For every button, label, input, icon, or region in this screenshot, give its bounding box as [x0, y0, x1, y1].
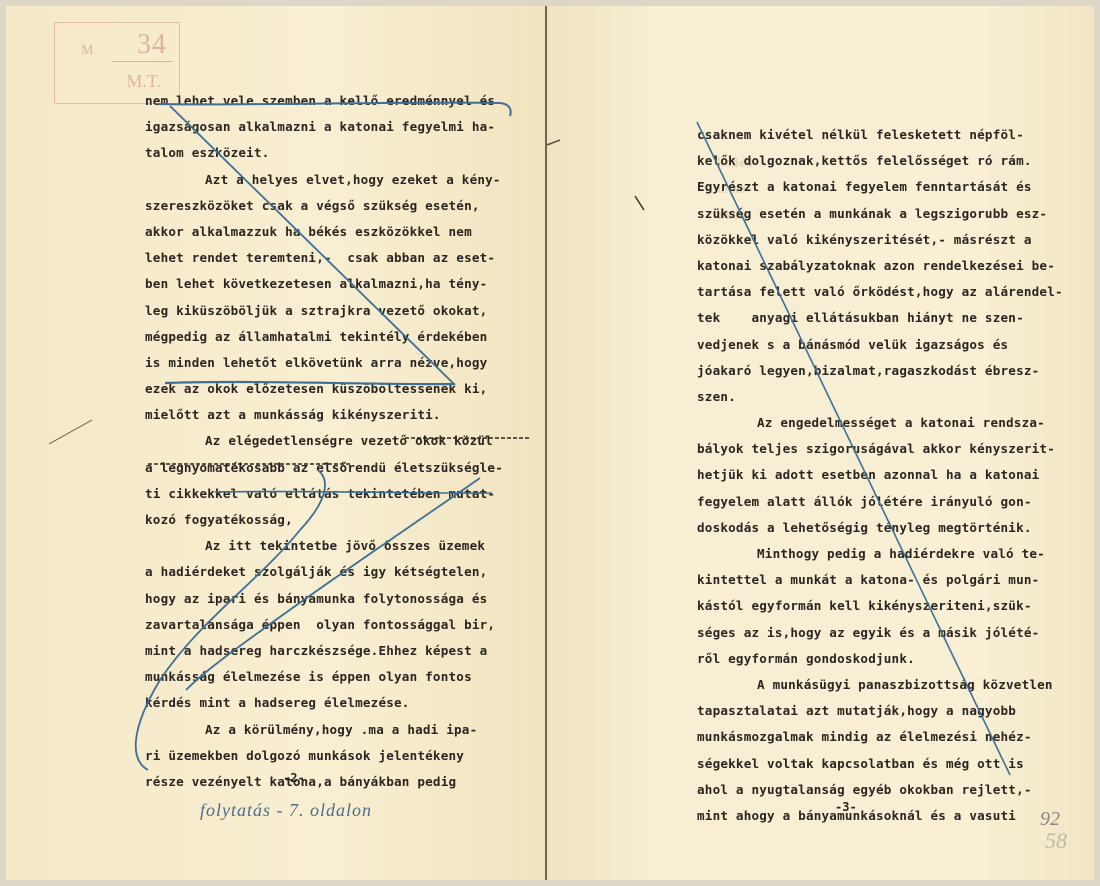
text-line: fegyelem alatt állók jólétére irányuló g… — [697, 489, 1063, 515]
text-line: tek anyagi ellátásukban hiányt ne szen- — [697, 305, 1063, 331]
text-line: része vezényelt katona,a bányákban pedig — [145, 769, 503, 795]
text-line: ti cikkekkel való ellátás tekintetében m… — [145, 481, 503, 507]
text-line: bályok teljes szigoruságával akkor kénys… — [697, 436, 1063, 462]
text-line: Az itt tekintetbe jövő összes üzemek — [145, 533, 503, 559]
text-line: hogy az ipari és bányamunka folytonosság… — [145, 586, 503, 612]
text-line: akkor alkalmazzuk ha békés eszközökkel n… — [145, 219, 503, 245]
text-line: szen. — [697, 384, 1063, 410]
text-line: munkásmozgalmak mindig az élelmezési neh… — [697, 724, 1063, 750]
text-line: kelők dolgoznak,kettős felelősséget ró r… — [697, 148, 1063, 174]
text-line: munkásság élelmezése is éppen olyan font… — [145, 664, 503, 690]
text-line: séges az is,hogy az egyik és a másik jól… — [697, 620, 1063, 646]
text-line: katonai szabályzatoknak azon rendelkezés… — [697, 253, 1063, 279]
text-line: kérdés mint a hadsereg élelmezése. — [145, 690, 503, 716]
right-page-text: csaknem kivétel nélkül felesketett népfö… — [697, 122, 1063, 829]
text-line: ről egyformán gondoskodjunk. — [697, 646, 1063, 672]
text-line: ben lehet következetesen alkalmazni,ha t… — [145, 271, 503, 297]
text-line: doskodás a lehetőségig tényleg megtörtén… — [697, 515, 1063, 541]
page-number-right: -3- — [835, 800, 857, 814]
text-line: a legnyomatékosabb az elsőrendü életszük… — [145, 455, 503, 481]
text-line: lehet rendet teremteni,- csak abban az e… — [145, 245, 503, 271]
text-line: hetjük ki adott esetben azonnal ha a kat… — [697, 462, 1063, 488]
text-line: nem lehet vele szemben a kellő eredménny… — [145, 88, 503, 114]
handwritten-note: folytatás - 7. oldalon — [200, 800, 372, 821]
page-gutter — [545, 6, 547, 880]
text-line: szükség esetén a munkának a legszigorubb… — [697, 201, 1063, 227]
text-line: leg kiküszöböljük a sztrajkra vezető oko… — [145, 298, 503, 324]
text-line: igazságosan alkalmazni a katonai fegyelm… — [145, 114, 503, 140]
text-line: Az elégedetlenségre vezető okok közül — [145, 428, 503, 454]
stamp-mark: M — [81, 43, 93, 59]
left-page-text: nem lehet vele szemben a kellő eredménny… — [145, 88, 503, 795]
text-line: vedjenek s a bánásmód velük igazságos és — [697, 332, 1063, 358]
text-line: mégpedig az államhatalmi tekintély érdek… — [145, 324, 503, 350]
text-line: mint a hadsereg harczkészsége.Ehhez képe… — [145, 638, 503, 664]
text-line: zavartalansága éppen olyan fontossággal … — [145, 612, 503, 638]
text-line: A munkásügyi panaszbizottság közvetlen — [697, 672, 1063, 698]
folio-number-secondary: 58 — [1045, 828, 1067, 854]
text-line: ahol a nyugtalanság egyéb okokban rejlet… — [697, 777, 1063, 803]
text-line: Azt a helyes elvet,hogy ezeket a kény- — [145, 167, 503, 193]
text-line: Egyrészt a katonai fegyelem fenntartását… — [697, 174, 1063, 200]
text-line: kástól egyformán kell kikényszeriteni,sz… — [697, 593, 1063, 619]
text-line: szereszközöket csak a végső szükség eset… — [145, 193, 503, 219]
text-line: közökkel való kikényszeritését,- másrész… — [697, 227, 1063, 253]
text-line: mielőtt azt a munkásság kikényszeriti. — [145, 402, 503, 428]
text-line: ezek az okok előzetesen küszöböltessenek… — [145, 376, 503, 402]
text-line: tapasztalatai azt mutatják,hogy a nagyob… — [697, 698, 1063, 724]
text-line: tartása felett való őrködést,hogy az alá… — [697, 279, 1063, 305]
text-line: Az engedelmességet a katonai rendsza- — [697, 410, 1063, 436]
text-line: Az a körülmény,hogy .ma a hadi ipa- — [145, 717, 503, 743]
text-line: jóakaró legyen,bizalmat,ragaszkodást ébr… — [697, 358, 1063, 384]
text-line: Minthogy pedig a hadiérdekre való te- — [697, 541, 1063, 567]
text-line: talom eszközeit. — [145, 140, 503, 166]
text-line: ségekkel voltak kapcsolatban és még ott … — [697, 751, 1063, 777]
page-number-left: -2- — [283, 771, 305, 785]
text-line: csaknem kivétel nélkül felesketett népfö… — [697, 122, 1063, 148]
text-line: kintettel a munkát a katona- és polgári … — [697, 567, 1063, 593]
text-line: mint ahogy a bányamunkásoknál és a vasut… — [697, 803, 1063, 829]
stamp-rule — [111, 61, 173, 62]
text-line: kozó fogyatékosság, — [145, 507, 503, 533]
stamp-number: 34 — [137, 29, 167, 61]
text-line: a hadiérdeket szolgálják és igy kétségte… — [145, 559, 503, 585]
text-line: is minden lehetőt elkövetünk arra nézve,… — [145, 350, 503, 376]
text-line: ri üzemekben dolgozó munkások jelentéken… — [145, 743, 503, 769]
